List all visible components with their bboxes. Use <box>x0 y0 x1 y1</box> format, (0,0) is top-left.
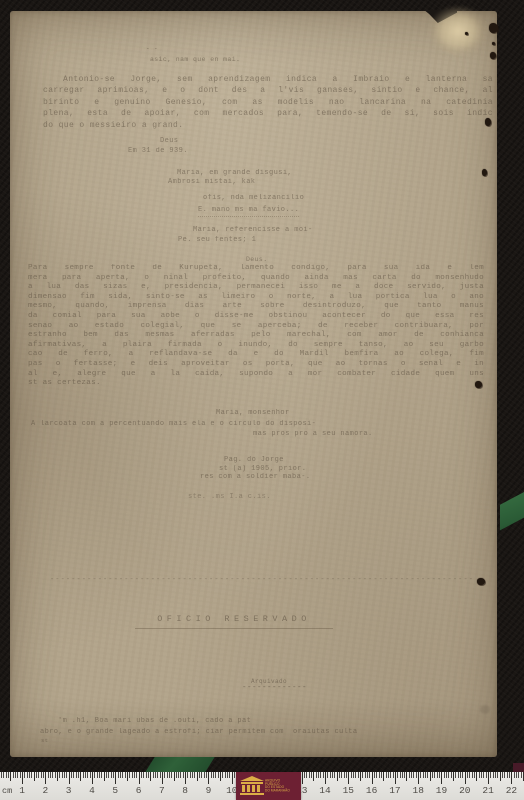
ink-spot <box>465 32 468 35</box>
pencil-smudge <box>480 705 490 714</box>
typed-salutation-line-1: ofis, nda melizancilio <box>203 193 304 203</box>
typed-word-deus: Deus <box>160 136 178 146</box>
typed-salutation-line-2: E. mano ms ma favio... <box>198 205 299 217</box>
measurement-ruler: 12345678910111213141516171819202122 cm A… <box>0 772 524 800</box>
ink-spot <box>489 23 498 33</box>
ink-spot <box>490 52 496 59</box>
typed-address-line-2: Ambrosi mistai, kak <box>168 177 255 187</box>
typed-bottom-line-1: 'm .h1, Boa mari ubas de .outi, cado a p… <box>58 716 251 726</box>
archive-stamp-text: ARQUIVOPÚBLICODO ESTADODO MARANHÃO <box>265 779 290 792</box>
dashed-separator-line: ----------------------------------------… <box>50 575 472 585</box>
typed-paragraph-1: Antonio-se Jorge, sem aprendizagem indic… <box>43 74 493 131</box>
document-page: - - asic, nam que en mai. Antonio-se Jor… <box>10 11 497 757</box>
ink-spot <box>482 169 487 176</box>
typed-note-line: Maria, monsenhor <box>216 408 290 418</box>
typed-intro-line: asic, nam que en mai. <box>150 55 240 65</box>
typed-reference-line-1: Maria, referencisse a moi- <box>193 225 313 235</box>
typed-reference-line-2: Pe. seu fentes; 1 <box>178 235 256 245</box>
green-mark-right-edge <box>500 492 524 532</box>
archive-building-icon <box>239 776 265 796</box>
typed-signature-line-3: res com a soldier maba-. <box>200 472 310 482</box>
scanned-document-view: - - asic, nam que en mai. Antonio-se Jor… <box>0 0 524 800</box>
page-number-mark: - - <box>146 44 158 54</box>
typed-bottom-tick: st <box>41 736 48 746</box>
typed-bottom-line-2: abro, e o grande lageado a estrofi; ciar… <box>40 727 357 737</box>
typed-heading-caps: OFICIO RESERVADO <box>135 614 333 629</box>
typed-wide-line-1: A larcoata com a percentuando mais ela e… <box>31 419 316 429</box>
archived-dashed-underline: ------------- <box>242 683 307 693</box>
ruler-unit-label: cm <box>2 786 12 796</box>
archive-stamp: ARQUIVOPÚBLICODO ESTADODO MARANHÃO <box>236 772 301 800</box>
ink-spot <box>492 42 495 45</box>
paper-stain <box>428 5 488 57</box>
typed-faint-line: ste. .ms I.a c.is. <box>188 492 271 502</box>
typed-wide-line-2: mas pros pro a seu namora. <box>253 429 373 439</box>
typed-paragraph-2: Para sempre fonte de Kurupeta, lamento c… <box>28 264 484 389</box>
typed-dateline: Em 31 de 939. <box>128 146 188 156</box>
ink-spot <box>477 578 485 585</box>
green-mark-bottom <box>145 757 214 772</box>
